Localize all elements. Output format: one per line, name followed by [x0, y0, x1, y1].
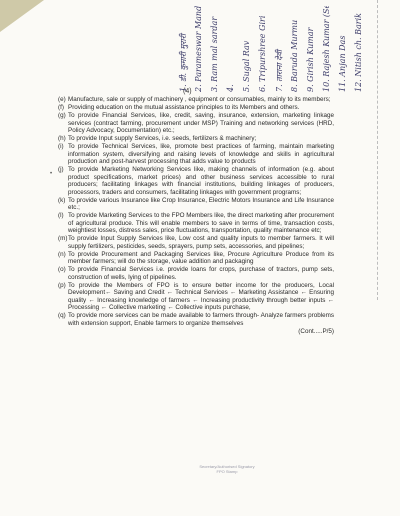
list-item: (f)Providing education on the mutual ass…	[58, 104, 334, 112]
item-label: (g)	[58, 112, 68, 135]
objectives-list: (e)Manufacture, sale or supply of machin…	[58, 96, 334, 335]
list-item: (o)To provide Financial Services i.e. pr…	[58, 266, 334, 281]
signature: 10. Rajesh Kumar (Secretary)	[322, 6, 337, 92]
item-text: To provide the Members of FPO is to ensu…	[68, 282, 334, 312]
signature: 11. Anjan Das	[338, 6, 353, 92]
signature: 2. Parameswar Mandal	[194, 6, 209, 92]
item-text: To provide Input Supply Services like, L…	[68, 235, 334, 250]
list-item: (g)To provide Financial Services, like, …	[58, 112, 334, 135]
handwritten-signatures: 1. डी. कुमारी मुरारी 2. Parameswar Manda…	[178, 6, 369, 92]
item-text: To provide Marketing Services to the FPO…	[68, 212, 334, 235]
item-label: (o)	[58, 266, 68, 281]
item-text: Manufacture, sale or supply of machinery…	[68, 96, 334, 104]
page-number: (4)	[183, 88, 192, 95]
item-label: (m)	[58, 235, 68, 250]
list-item: (m)To provide Input Supply Services like…	[58, 235, 334, 250]
signature: 3. Ram mal sardar	[210, 6, 225, 92]
signature: 7. ताराना देवी	[274, 6, 289, 92]
list-item: (p)To provide the Members of FPO is to e…	[58, 282, 334, 312]
item-label: (e)	[58, 96, 68, 104]
list-item: (e)Manufacture, sale or supply of machin…	[58, 96, 334, 104]
item-label: (f)	[58, 104, 68, 112]
item-label: (q)	[58, 312, 68, 327]
signature: 4.	[226, 6, 241, 92]
list-item: (i)To provide Technical Services, like, …	[58, 143, 334, 166]
list-item: (n)To provide Procurement and Packaging …	[58, 251, 334, 266]
stamp-line: FPO Stamp	[192, 469, 262, 474]
signature: 1. डी. कुमारी मुरारी	[178, 6, 193, 92]
continuation-note: (Cont.....P/5)	[58, 328, 334, 336]
signature: 9. Girish Kumar	[306, 6, 321, 92]
folded-corner	[0, 0, 44, 32]
item-text: To provide Financial Services i.e. provi…	[68, 266, 334, 281]
signature: 8. Baruda Murmu	[290, 6, 305, 92]
list-item: (h)To provide Input supply Services, i.e…	[58, 135, 334, 143]
item-text: To provide more services can be made ava…	[68, 312, 334, 327]
item-label: (j)	[58, 166, 68, 196]
item-label: (h)	[58, 135, 68, 143]
item-label: (i)	[58, 143, 68, 166]
list-item: (k)To provide various Insurance like Cro…	[58, 197, 334, 212]
faded-stamp: Secretary/Authorised Signatory FPO Stamp	[192, 464, 262, 474]
item-text: To provide Input supply Services, i.e. s…	[68, 135, 334, 143]
item-label: (n)	[58, 251, 68, 266]
signature: 12. Nitish ch. Barik	[354, 6, 369, 92]
item-text: To provide Procurement and Packaging Ser…	[68, 251, 334, 266]
list-item: (j)To provide Marketing Networking Servi…	[58, 166, 334, 196]
list-item: (l)To provide Marketing Services to the …	[58, 212, 334, 235]
item-text: To provide Technical Services, like, pro…	[68, 143, 334, 166]
item-label: (p)	[58, 282, 68, 312]
item-text: Providing education on the mutual assist…	[68, 104, 334, 112]
item-label: (l)	[58, 212, 68, 235]
list-item: (q)To provide more services can be made …	[58, 312, 334, 327]
margin-rule	[377, 0, 379, 300]
item-text: To provide various Insurance like Crop I…	[68, 197, 334, 212]
signature: 5. Sugal Rav	[242, 6, 257, 92]
signature: 6. Tripurshree Giri	[258, 6, 273, 92]
document-page: 1. डी. कुमारी मुरारी 2. Parameswar Manda…	[0, 0, 400, 516]
item-text: To provide Marketing Networking Services…	[68, 166, 334, 196]
item-text: To provide Financial Services, like, cre…	[68, 112, 334, 135]
margin-dot: •	[50, 171, 52, 177]
item-label: (k)	[58, 197, 68, 212]
